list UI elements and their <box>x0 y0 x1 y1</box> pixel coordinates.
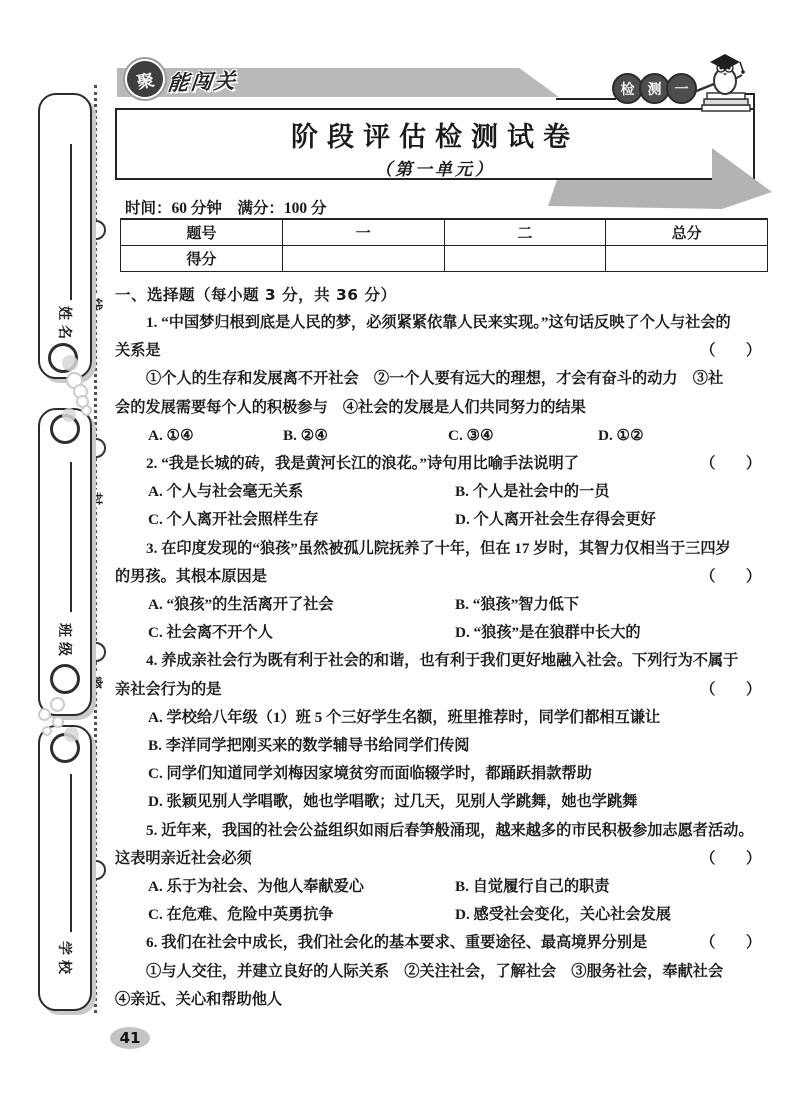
question-text: 6. 我们在社会中成长，我们社会化的基本要求、重要途径、最高境界分别是 <box>146 934 647 951</box>
question-stem-line: ④亲近、关心和帮助他人 <box>115 986 771 1014</box>
question-stem-line: 6. 我们在社会中成长，我们社会化的基本要求、重要途径、最高境界分别是（ ） <box>115 929 771 957</box>
score-empty-cell <box>606 246 768 272</box>
question-4: 4. 养成亲社会行为既有利于社会的和谐，也有利于我们更好地融入社会。下列行为不属… <box>115 647 771 816</box>
option: C. 社会离不开个人 <box>148 619 455 647</box>
option: A. 学校给八年级（1）班 5 个三好学生名额，班里推荐时，同学们都相互谦让 <box>115 704 771 732</box>
class-field-pill: 班 级 <box>38 408 92 716</box>
option: C. 在危难、危险中英勇抗争 <box>148 901 455 929</box>
class-blank-line <box>70 462 72 612</box>
question-stem-line: 2. “我是长城的砖，我是黄河长江的浪花。”诗句用比喻手法说明了（ ） <box>115 450 771 478</box>
question-text: 2. “我是长城的砖，我是黄河长江的浪花。”诗句用比喻手法说明了 <box>146 455 579 472</box>
option: A. ①④ <box>148 422 283 450</box>
binder-hole <box>50 664 80 694</box>
option: D. 个人离开社会生存得会更好 <box>455 506 656 534</box>
bubble-decoration <box>42 726 52 736</box>
school-field-label: 学 校 <box>55 940 71 975</box>
question-3: 3. 在印度发现的“狼孩”虽然被孤儿院抚养了十年，但在 17 岁时，其智力仅相当… <box>115 535 771 648</box>
question-text: 5. 近年来，我国的社会公益组织如雨后春笋般涌现，越来越多的市民积极参加志愿者活… <box>146 822 754 839</box>
time-score-meta: 时间：60 分钟 满分：100 分 <box>125 196 327 218</box>
label-char: 级 <box>55 641 71 657</box>
option: C. 同学们知道同学刘梅因家境贫穷而面临辍学时，都踊跃捐款帮助 <box>115 760 771 788</box>
label-char: 姓 <box>55 305 71 321</box>
answer-bracket: （ ） <box>700 929 761 957</box>
question-text: 3. 在印度发现的“狼孩”虽然被孤儿院抚养了十年，但在 17 岁时，其智力仅相当… <box>146 540 731 557</box>
page-number-badge: 41 <box>110 1027 150 1049</box>
question-text: ①个人的生存和发展离不开社会 ②一个人要有远大的理想，才会有奋斗的动力 ③社 <box>146 370 723 387</box>
question-text: ④亲近、关心和帮助他人 <box>115 991 282 1008</box>
options-row: A. ①④B. ②④C. ③④D. ①② <box>115 422 771 450</box>
bubble-decoration <box>81 405 92 416</box>
question-text: 4. 养成亲社会行为既有利于社会的和谐，也有利于我们更好地融入社会。下列行为不属… <box>146 652 738 669</box>
name-blank-line <box>70 144 72 300</box>
score-header-cell: 题号 <box>121 219 283 246</box>
header-connector-line <box>556 98 616 100</box>
name-field-label: 姓 名 <box>55 305 71 340</box>
options-row: A. “狼孩”的生活离开了社会B. “狼孩”智力低下 <box>115 591 771 619</box>
answer-bracket: （ ） <box>700 450 761 478</box>
question-stem-line: 4. 养成亲社会行为既有利于社会的和谐，也有利于我们更好地融入社会。下列行为不属… <box>115 647 771 675</box>
options-row: C. 个人离开社会照样生存D. 个人离开社会生存得会更好 <box>115 506 771 534</box>
score-header-cell: 总分 <box>606 219 768 246</box>
option: B. 李洋同学把刚买来的数学辅导书给同学们传阅 <box>115 732 771 760</box>
option: B. “狼孩”智力低下 <box>455 591 579 619</box>
question-stem-line: 的男孩。其根本原因是（ ） <box>115 563 771 591</box>
answer-bracket: （ ） <box>700 845 761 873</box>
option: D. “狼孩”是在狼群中长大的 <box>455 619 641 647</box>
option: D. 感受社会变化，关心社会发展 <box>455 901 671 929</box>
score-empty-cell <box>444 246 606 272</box>
question-stem-line: 1. “中国梦归根到底是人民的梦，必须紧紧依靠人民来实现。”这句话反映了个人与社… <box>115 309 771 337</box>
score-empty-cell <box>282 246 444 272</box>
option: A. 个人与社会毫无关系 <box>148 478 455 506</box>
questions-list: 1. “中国梦归根到底是人民的梦，必须紧紧依靠人民来实现。”这句话反映了个人与社… <box>115 309 771 1014</box>
score-table-header-row: 题号 一 二 总分 <box>121 219 768 246</box>
bubble-decoration <box>64 727 79 742</box>
school-blank-line <box>70 774 72 932</box>
options-row: C. 社会离不开个人D. “狼孩”是在狼群中长大的 <box>115 619 771 647</box>
school-field-pill: 学 校 <box>38 725 92 1011</box>
option: D. ①② <box>598 422 644 450</box>
question-text: 会的发展需要每个人的积极参与 ④社会的发展是人们共同努力的结果 <box>115 399 586 416</box>
bubble-decoration <box>38 708 51 721</box>
answer-bracket: （ ） <box>700 676 761 704</box>
score-table: 题号 一 二 总分 得分 <box>120 218 768 272</box>
score-table-score-row: 得分 <box>121 246 768 272</box>
score-header-cell: 二 <box>444 219 606 246</box>
graduate-mascot-illustration <box>690 50 762 114</box>
option: B. ②④ <box>283 422 448 450</box>
brand-logo-text: 能闯关 <box>166 65 238 97</box>
label-char: 校 <box>55 959 71 975</box>
options-row: C. 在危难、危险中英勇抗争D. 感受社会变化，关心社会发展 <box>115 901 771 929</box>
question-text: ①与人交往，并建立良好的人际关系 ②关注社会，了解社会 ③服务社会，奉献社会 <box>146 963 723 980</box>
label-char: 班 <box>55 622 71 638</box>
label-char: 名 <box>55 324 71 340</box>
exam-paper-page: 线 封 密 姓 名 班 级 学 校 <box>0 0 790 1106</box>
question-5: 5. 近年来，我国的社会公益组织如雨后春笋般涌现，越来越多的市民积极参加志愿者活… <box>115 817 771 930</box>
option: A. 乐于为社会、为他人奉献爱心 <box>148 873 455 901</box>
question-stem-line: 亲社会行为的是（ ） <box>115 676 771 704</box>
swoosh-shadow-decoration <box>540 140 776 214</box>
option: B. 个人是社会中的一员 <box>455 478 609 506</box>
answer-bracket: （ ） <box>700 337 761 365</box>
question-stem-line: ①个人的生存和发展离不开社会 ②一个人要有远大的理想，才会有奋斗的动力 ③社 <box>115 365 771 393</box>
answer-bracket: （ ） <box>700 563 761 591</box>
question-text: 关系是 <box>115 342 161 359</box>
question-stem-line: 会的发展需要每个人的积极参与 ④社会的发展是人们共同努力的结果 <box>115 394 771 422</box>
question-2: 2. “我是长城的砖，我是黄河长江的浪花。”诗句用比喻手法说明了（ ）A. 个人… <box>115 450 771 535</box>
bubble-decoration <box>62 355 78 371</box>
name-field-pill: 姓 名 <box>38 93 92 379</box>
question-stem-line: 5. 近年来，我国的社会公益组织如雨后春笋般涌现，越来越多的市民积极参加志愿者活… <box>115 817 771 845</box>
score-row-label: 得分 <box>121 246 283 272</box>
question-stem-line: 3. 在印度发现的“狼孩”虽然被孤儿院抚养了十年，但在 17 岁时，其智力仅相当… <box>115 535 771 563</box>
question-text: 亲社会行为的是 <box>115 681 221 698</box>
question-1: 1. “中国梦归根到底是人民的梦，必须紧紧依靠人民来实现。”这句话反映了个人与社… <box>115 309 771 450</box>
bubble-decoration <box>50 697 65 712</box>
option: C. ③④ <box>448 422 598 450</box>
label-char: 学 <box>55 940 71 956</box>
question-stem-line: ①与人交往，并建立良好的人际关系 ②关注社会，了解社会 ③服务社会，奉献社会 <box>115 958 771 986</box>
score-header-cell: 一 <box>282 219 444 246</box>
question-text: 1. “中国梦归根到底是人民的梦，必须紧紧依靠人民来实现。”这句话反映了个人与社… <box>146 314 731 331</box>
question-stem-line: 这表明亲近社会必须（ ） <box>115 845 771 873</box>
option: B. 自觉履行自己的职责 <box>455 873 609 901</box>
option: D. 张颖见别人学唱歌，她也学唱歌；过几天，见别人学跳舞，她也学跳舞 <box>115 788 771 816</box>
question-text: 这表明亲近社会必须 <box>115 850 252 867</box>
options-row: A. 乐于为社会、为他人奉献爱心B. 自觉履行自己的职责 <box>115 873 771 901</box>
option: C. 个人离开社会照样生存 <box>148 506 455 534</box>
class-field-label: 班 级 <box>55 622 71 657</box>
option: A. “狼孩”的生活离开了社会 <box>148 591 455 619</box>
bubble-decoration <box>52 716 64 728</box>
bubble-decoration <box>62 408 76 422</box>
question-text: 的男孩。其根本原因是 <box>115 568 267 585</box>
question-6: 6. 我们在社会中成长，我们社会化的基本要求、重要途径、最高境界分别是（ ）①与… <box>115 929 771 1014</box>
question-stem-line: 关系是（ ） <box>115 337 771 365</box>
section-heading: 一、选择题（每小题 3 分，共 36 分） <box>115 283 396 305</box>
options-row: A. 个人与社会毫无关系B. 个人是社会中的一员 <box>115 478 771 506</box>
